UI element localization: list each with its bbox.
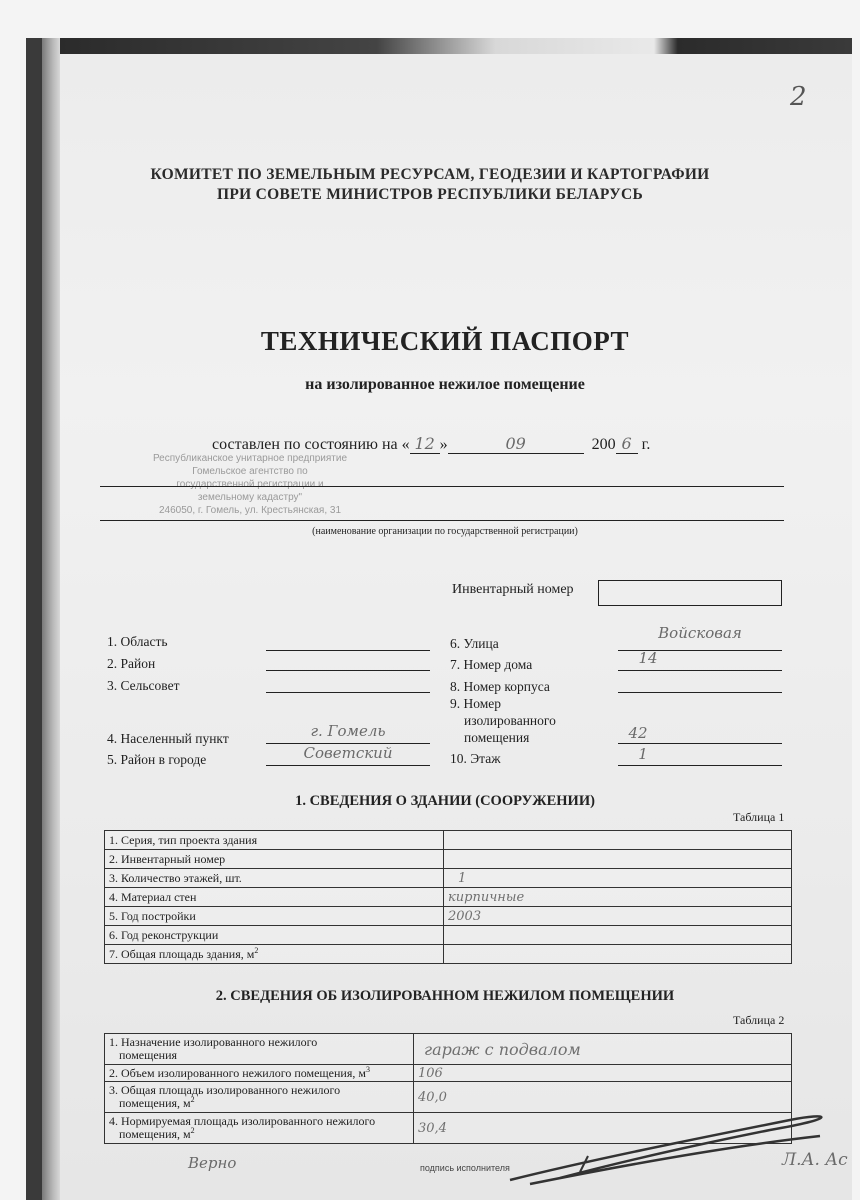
table-row: 2. Объем изолированного нежилого помещен…: [105, 1065, 792, 1082]
row-label: 3. Общая площадь изолированного нежилого…: [105, 1082, 414, 1113]
stamp-line: Гомельское агентство по: [130, 465, 370, 478]
inventory-label: Инвентарный номер: [452, 582, 574, 598]
row-label: 3. Количество этажей, шт.: [105, 869, 444, 888]
address-line-city-district: [266, 765, 430, 766]
table-row: 2. Инвентарный номер: [105, 850, 792, 869]
address-label-region: 1. Область: [107, 634, 168, 650]
date-prefix: составлен по состоянию на «: [212, 436, 410, 453]
row-value: кирпичные: [444, 888, 792, 907]
table-row: 7. Общая площадь здания, м2: [105, 945, 792, 964]
address-label-floor: 10. Этаж: [450, 751, 501, 767]
stamp-line: земельному кадастру": [130, 491, 370, 504]
row-value: гараж с подвалом: [414, 1034, 792, 1065]
date-day: 12: [410, 434, 440, 454]
stamp-line: Республиканское унитарное предприятие: [130, 452, 370, 465]
stamp-line: 246050, г. Гомель, ул. Крестьянская, 31: [130, 504, 370, 517]
label-line: помещения, м: [119, 1127, 191, 1141]
table-row: 5. Год постройки 2003: [105, 907, 792, 926]
address-label-building: 8. Номер корпуса: [450, 679, 550, 695]
address-line-floor: [618, 765, 782, 766]
table-row: 6. Год реконструкции: [105, 926, 792, 945]
date-month: 09: [448, 434, 584, 454]
inventory-number-box: [598, 580, 782, 606]
registration-stamp: Республиканское унитарное предприятие Го…: [130, 452, 370, 517]
label-text: 2. Объем изолированного нежилого помещен…: [109, 1066, 366, 1080]
scan-fold-shadow: [42, 38, 60, 1200]
label-line: помещения: [109, 1049, 409, 1062]
address-line-house: [618, 670, 782, 671]
page-number: 2: [790, 82, 807, 112]
address-label-district: 2. Район: [107, 656, 155, 672]
address-value-floor: 1: [618, 745, 668, 763]
address-label-locality: 4. Населенный пункт: [107, 731, 229, 747]
table-1-caption: Таблица 1: [733, 810, 784, 825]
address-label-street: 6. Улица: [450, 636, 499, 652]
org-line-1: [100, 486, 784, 487]
label-line: 9. Номер: [450, 695, 556, 712]
address-value-street: Войсковая: [618, 624, 782, 642]
row-label: 7. Общая площадь здания, м2: [105, 945, 444, 964]
footer-initials: Л.А. Ас: [782, 1150, 848, 1170]
document-subtitle: на изолированное нежилое помещение: [0, 376, 860, 394]
label-line: изолированного: [450, 712, 556, 729]
row-value: 2003: [444, 907, 792, 926]
row-value: [444, 926, 792, 945]
address-line-village-council: [266, 692, 430, 693]
row-value: 106: [414, 1065, 792, 1082]
stamp-line: государственной регистрации и: [130, 478, 370, 491]
row-label: 1. Назначение изолированного нежилого по…: [105, 1034, 414, 1065]
date-line: составлен по состоянию на «12»09 2006 г.: [212, 434, 650, 454]
row-value: [444, 831, 792, 850]
date-year-prefix: 200: [592, 436, 616, 453]
document-title: ТЕХНИЧЕСКИЙ ПАСПОРТ: [0, 326, 860, 357]
footer-signature-caption: подпись исполнителя: [420, 1163, 510, 1173]
superscript: 3: [366, 1065, 370, 1074]
table-row: 1. Серия, тип проекта здания: [105, 831, 792, 850]
address-label-city-district: 5. Район в городе: [107, 752, 206, 768]
table-row: 3. Количество этажей, шт. 1: [105, 869, 792, 888]
signature-scribble: [470, 1100, 850, 1190]
address-label-house: 7. Номер дома: [450, 657, 532, 673]
row-label: 2. Инвентарный номер: [105, 850, 444, 869]
org-caption: (наименование организации по государстве…: [0, 526, 860, 537]
superscript: 2: [191, 1126, 195, 1135]
table-2-caption: Таблица 2: [733, 1013, 784, 1028]
building-info-table: 1. Серия, тип проекта здания 2. Инвентар…: [104, 830, 792, 964]
date-quote-close: »: [440, 436, 448, 453]
row-label: 4. Нормируемая площадь изолированного не…: [105, 1113, 414, 1144]
row-value: [444, 850, 792, 869]
date-year-digit: 6: [616, 434, 638, 454]
committee-line-2: ПРИ СОВЕТЕ МИНИСТРОВ РЕСПУБЛИКИ БЕЛАРУСЬ: [0, 186, 860, 204]
committee-line-1: КОМИТЕТ ПО ЗЕМЕЛЬНЫМ РЕСУРСАМ, ГЕОДЕЗИИ …: [0, 166, 860, 184]
org-line-2: [100, 520, 784, 521]
table-row: 4. Материал стен кирпичные: [105, 888, 792, 907]
row-label: 1. Серия, тип проекта здания: [105, 831, 444, 850]
row-label: 2. Объем изолированного нежилого помещен…: [105, 1065, 414, 1082]
row-label: 4. Материал стен: [105, 888, 444, 907]
row-label: 6. Год реконструкции: [105, 926, 444, 945]
scan-top-edge: [60, 38, 852, 54]
section-1-title: 1. СВЕДЕНИЯ О ЗДАНИИ (СООРУЖЕНИИ): [0, 793, 860, 810]
label-text: 7. Общая площадь здания, м: [109, 947, 254, 961]
address-label-premises: 9. Номер изолированного помещения: [450, 695, 556, 746]
address-value-locality: г. Гомель: [266, 722, 430, 740]
superscript: 2: [191, 1095, 195, 1104]
superscript: 2: [254, 946, 258, 955]
address-value-city-district: Советский: [266, 744, 430, 762]
address-value-house: 14: [618, 649, 678, 667]
address-line-region: [266, 650, 430, 651]
address-line-premises: [618, 743, 782, 744]
label-line: помещения: [450, 729, 556, 746]
row-value: 1: [444, 869, 792, 888]
row-label: 5. Год постройки: [105, 907, 444, 926]
date-suffix: г.: [642, 436, 651, 453]
address-value-premises: 42: [618, 724, 658, 742]
section-2-title: 2. СВЕДЕНИЯ ОБ ИЗОЛИРОВАННОМ НЕЖИЛОМ ПОМ…: [0, 988, 860, 1005]
address-line-building: [618, 692, 782, 693]
row-value: [444, 945, 792, 964]
address-line-district: [266, 670, 430, 671]
table-row: 1. Назначение изолированного нежилого по…: [105, 1034, 792, 1065]
address-label-village-council: 3. Сельсовет: [107, 678, 179, 694]
footer-verified-note: Верно: [188, 1154, 236, 1172]
label-line: помещения, м: [119, 1096, 191, 1110]
